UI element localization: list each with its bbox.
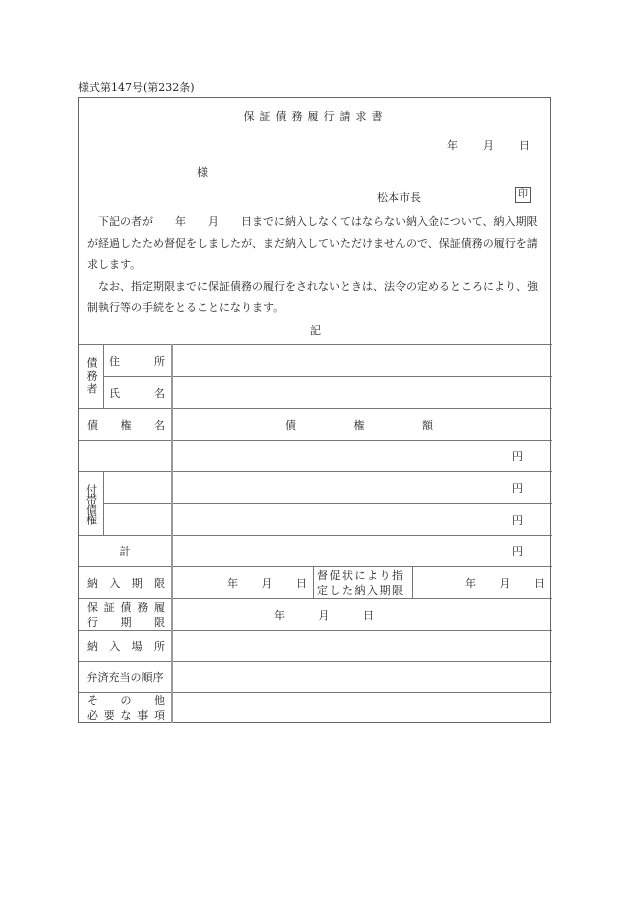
due-date-label: 納入期限 <box>87 567 165 598</box>
incidental-name-field-2[interactable] <box>105 504 171 535</box>
claim-amount-field[interactable]: 円 <box>173 441 523 471</box>
total-label: 計 <box>79 536 171 566</box>
form-number: 様式第147号(第232条) <box>78 79 195 95</box>
demand-due-label: 督促状により指定した納入期限 <box>317 567 409 598</box>
issuer-name: 松本市長 <box>377 189 421 205</box>
issue-date-month: 月 <box>483 137 494 153</box>
other-matters-field[interactable] <box>173 693 552 723</box>
incidental-group-label: 付帯債権 <box>79 472 103 535</box>
repayment-order-field[interactable] <box>173 662 552 692</box>
incidental-name-field-1[interactable] <box>105 472 171 503</box>
claim-amount-label: 債権額 <box>285 409 433 440</box>
paragraph-1: 下記の者が年月日までに納入しなくてはならない納入金について、納入期限が経過したた… <box>87 211 545 276</box>
issue-date-day: 日 <box>519 137 530 153</box>
claim-name-label: 債権名 <box>87 409 165 440</box>
due-date-field[interactable]: 年月日 <box>227 567 307 598</box>
issue-date-year: 年 <box>447 137 458 153</box>
repayment-order-label: 弁済充当の順序 <box>79 662 171 692</box>
address-field[interactable] <box>173 345 552 376</box>
incidental-amount-field-2[interactable]: 円 <box>173 504 523 535</box>
body-text: 下記の者が年月日までに納入しなくてはならない納入金について、納入期限が経過したた… <box>87 211 545 319</box>
address-label: 住所 <box>109 345 165 376</box>
incidental-amount-field-1[interactable]: 円 <box>173 472 523 503</box>
guarantee-due-label: 保証債務履 行期限 <box>87 599 165 630</box>
seal-mark: 印 <box>515 187 531 203</box>
addressee-suffix: 様 <box>197 164 208 180</box>
total-amount-field[interactable]: 円 <box>173 536 523 566</box>
paragraph-2: なお、指定期限までに保証債務の履行をされないときは、法令の定めるところにより、強… <box>87 276 545 319</box>
guarantee-due-date-field[interactable]: 年月日 <box>274 599 374 630</box>
name-field[interactable] <box>173 377 552 408</box>
ki-heading: 記 <box>79 322 552 338</box>
name-label: 氏名 <box>109 377 165 408</box>
claim-name-field[interactable] <box>79 441 171 471</box>
debtor-group-label: 債務者 <box>79 345 103 408</box>
request-form: 保証債務履行請求書 年 月 日 様 松本市長 印 下記の者が年月日までに納入しな… <box>78 97 551 723</box>
document-title: 保証債務履行請求書 <box>79 108 552 124</box>
payment-place-field[interactable] <box>173 631 552 661</box>
demand-due-date-field[interactable]: 年月日 <box>465 567 545 598</box>
payment-place-label: 納入場所 <box>87 631 165 661</box>
other-matters-label: その他 必要な事項 <box>87 693 165 723</box>
